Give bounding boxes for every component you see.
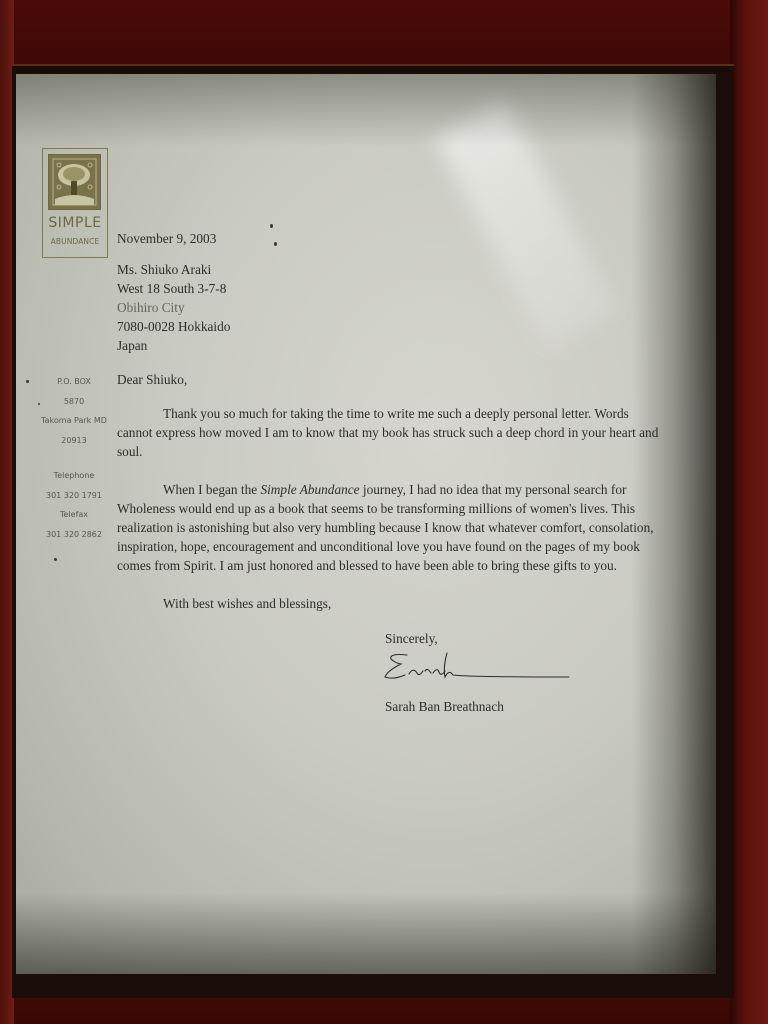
recipient-street: West 18 South 3-7-8: [117, 279, 230, 298]
telephone-number: 301 320 1791: [34, 486, 114, 506]
letter-paragraphs: Thank you so much for taking the time to…: [117, 404, 662, 594]
dust-speck: [38, 403, 40, 405]
telefax-label: Telefax: [34, 505, 114, 525]
city-state: Takoma Park MD: [34, 411, 114, 431]
recipient-address: Ms. Shiuko Araki West 18 South 3-7-8 Obi…: [117, 260, 230, 355]
brand-name-line2: ABUNDANCE: [43, 237, 107, 246]
dust-speck: [270, 224, 273, 228]
valediction: Sincerely,: [385, 629, 438, 648]
dust-speck: [26, 380, 29, 383]
recipient-name: Ms. Shiuko Araki: [117, 260, 230, 279]
signer-name: Sarah Ban Breathnach: [385, 697, 504, 716]
po-box-label: P.O. BOX: [34, 372, 114, 392]
paragraph-2-start: When I began the: [163, 482, 260, 497]
salutation: Dear Shiuko,: [117, 370, 187, 389]
tree-icon: [48, 154, 101, 210]
book-title: Simple Abundance: [260, 482, 359, 497]
recipient-country: Japan: [117, 336, 230, 355]
frame-right-edge: [730, 0, 768, 1024]
paragraph-2: When I began the Simple Abundance journe…: [117, 480, 662, 575]
zip-code: 20913: [34, 431, 114, 451]
paragraph-1: Thank you so much for taking the time to…: [117, 404, 662, 461]
recipient-postal: 7080-0028 Hokkaido: [117, 317, 230, 336]
glass-glare: [434, 99, 617, 348]
po-box-number: 5870: [34, 392, 114, 412]
recipient-city: Obihiro City: [117, 298, 230, 317]
dust-speck: [54, 558, 57, 561]
telefax-number: 301 320 2862: [34, 525, 114, 545]
dust-speck: [274, 242, 277, 246]
letter-page: SIMPLE ABUNDANCE P.O. BOX 5870 Takoma Pa…: [16, 74, 716, 974]
closing-line: With best wishes and blessings,: [163, 594, 331, 613]
brand-name-line1: SIMPLE: [43, 215, 107, 231]
telephone-label: Telephone: [34, 466, 114, 486]
simple-abundance-logo: SIMPLE ABUNDANCE: [42, 148, 108, 258]
handwritten-signature: [379, 647, 579, 687]
letterhead-contact-column: P.O. BOX 5870 Takoma Park MD 20913 Telep…: [34, 372, 114, 544]
letter-date: November 9, 2003: [117, 229, 216, 248]
